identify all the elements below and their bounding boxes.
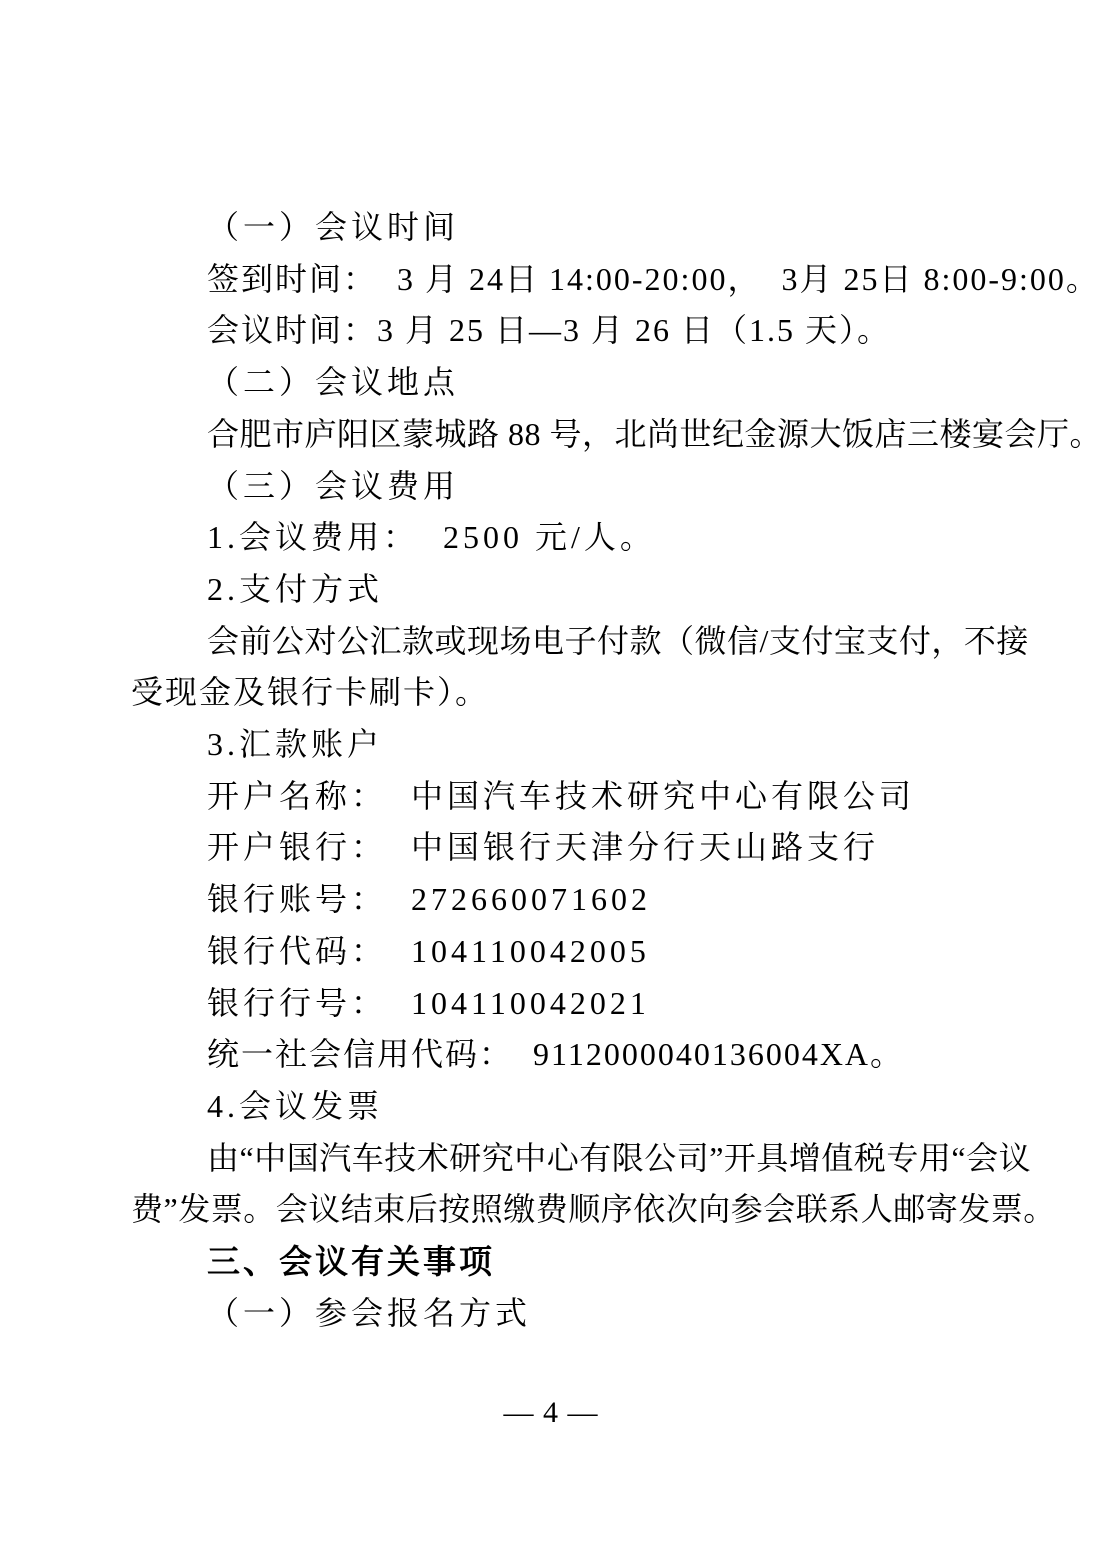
bank-branch-number-line: 银行行号： 104110042021 xyxy=(131,978,1079,1030)
bank-code-line: 银行代码： 104110042005 xyxy=(131,926,1079,978)
invoice-line-1: 由“中国汽车技术研究中心有限公司”开具增值税专用“会议 xyxy=(131,1133,1079,1185)
section-heading-meeting-fee: （三）会议费用 xyxy=(131,461,1079,513)
payment-method-line-2: 受现金及银行卡刷卡）。 xyxy=(131,667,1079,719)
remittance-account-heading: 3.汇款账户 xyxy=(131,719,1079,771)
document-page: （一）会议时间 签到时间： 3 月 24日 14:00-20:00， 3月 25… xyxy=(0,0,1102,1559)
page-number: — 4 — xyxy=(0,1396,1102,1430)
section-heading-meeting-time: （一）会议时间 xyxy=(131,202,1079,254)
account-name-line: 开户名称： 中国汽车技术研究中心有限公司 xyxy=(131,771,1079,823)
fee-amount-line: 1.会议费用： 2500 元/人。 xyxy=(131,512,1079,564)
invoice-heading: 4.会议发票 xyxy=(131,1081,1079,1133)
account-bank-line: 开户银行： 中国银行天津分行天山路支行 xyxy=(131,822,1079,874)
invoice-line-2: 费”发票。会议结束后按照缴费顺序依次向参会联系人邮寄发票。 xyxy=(131,1184,1079,1236)
checkin-time-line: 签到时间： 3 月 24日 14:00-20:00， 3月 25日 8:00-9… xyxy=(131,254,1079,306)
document-body: （一）会议时间 签到时间： 3 月 24日 14:00-20:00， 3月 25… xyxy=(131,202,1079,1339)
bank-account-number-line: 银行账号： 272660071602 xyxy=(131,874,1079,926)
payment-method-heading: 2.支付方式 xyxy=(131,564,1079,616)
payment-method-line-1: 会前公对公汇款或现场电子付款（微信/支付宝支付，不接 xyxy=(131,616,1079,668)
registration-method-heading: （一）参会报名方式 xyxy=(131,1288,1079,1340)
section-heading-related-matters: 三、会议有关事项 xyxy=(131,1236,1079,1288)
credit-code-line: 统一社会信用代码： 9112000040136004XA。 xyxy=(131,1029,1079,1081)
meeting-time-line: 会议时间：3 月 25 日—3 月 26 日（1.5 天）。 xyxy=(131,305,1079,357)
section-heading-meeting-location: （二）会议地点 xyxy=(131,357,1079,409)
meeting-location-line: 合肥市庐阳区蒙城路 88 号，北尚世纪金源大饭店三楼宴会厅。 xyxy=(131,409,1079,461)
